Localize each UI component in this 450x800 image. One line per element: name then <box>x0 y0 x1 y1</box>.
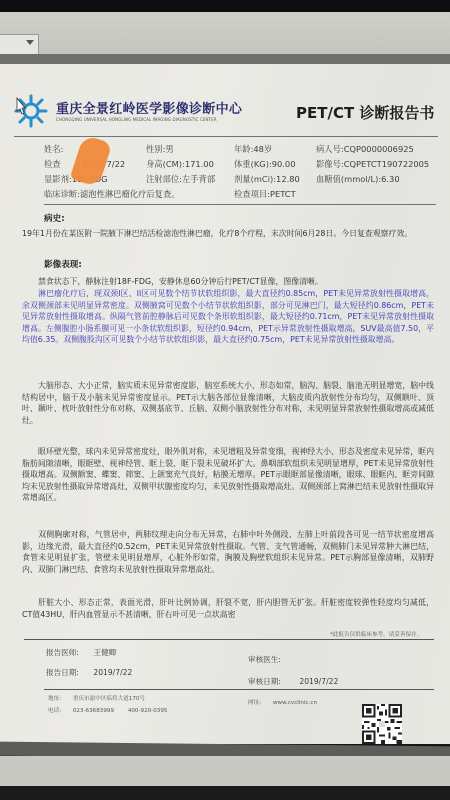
viewer-toolbar <box>0 12 450 54</box>
phone: 电话: 023-63683999 400-920-0395 <box>48 706 167 714</box>
findings-paragraph: 眼环壁光整，球内未见异常密度灶，眼外肌对称，未见增粗及异常变细，视神经大小、形态… <box>22 446 434 504</box>
findings-text-2: 大脑形态、大小正常，脑实质未见异常密度影，脑室系统大小、形态如常，脑沟、脑裂、脑… <box>22 381 434 425</box>
contact-divider <box>44 689 434 690</box>
patient-sex: 性别:男 <box>146 143 174 155</box>
qr-code-icon <box>362 704 402 744</box>
tracer-label: 显影剂: <box>44 174 72 184</box>
report-doctor-label: 报告医师: <box>46 648 79 657</box>
age-value: 48岁 <box>253 144 272 154</box>
exam-item: 检查项目:PETCT <box>234 188 296 200</box>
findings-paragraph: 双侧胸廓对称，气管居中，两肺纹理走向分布无异常，右肺中叶外侧段、左肺上叶前段各可… <box>22 529 434 575</box>
clinical-diagnosis: 临床诊断:滤泡性淋巴瘤化疗后复查。 <box>44 188 180 200</box>
findings-text-3: 眼环壁光整，球内未见异常密度灶，眼外肌对称，未见增粗及异常变细，视神经大小、形态… <box>22 447 434 502</box>
report-date-value: 2019/7/22 <box>93 668 132 677</box>
chevron-down-icon <box>26 40 34 45</box>
phone-value-1: 023-63683999 <box>73 708 114 714</box>
sex-value: 男 <box>165 144 173 154</box>
address-label: 地址: <box>48 696 61 702</box>
patient-id: 病人号:CQP0000006925 <box>316 143 414 155</box>
history-text: 19年1月份在某医附一院腋下淋巴结活检滤泡性淋巴瘤，化疗8个疗程，末次时间6月2… <box>22 228 434 240</box>
monitor-bezel-top <box>0 0 450 12</box>
review-doctor: 审核医生: <box>248 654 281 665</box>
dose: 剂量(mCi):12.80 <box>234 173 300 185</box>
report-doctor: 报告医师: 王健卿 <box>46 647 116 658</box>
findings-paragraph: 大脑形态、大小正常，脑实质未见异常密度影，脑室系统大小、形态如常，脑沟、脑裂、脑… <box>22 380 434 426</box>
blood-glucose: 血糖值(mmol/L):6.30 <box>316 173 400 185</box>
image-id-value: CQPETCT190722005 <box>344 159 430 169</box>
clinical-dx-value: 滤泡性淋巴瘤化疗后复查。 <box>80 189 180 199</box>
findings-text-5: 肝脏大小、形态正常，表面光滑，肝叶比例协调，肝裂不宽，肝内胆管无扩张。肝脏密度较… <box>22 598 434 619</box>
viewer-bottom-panel <box>0 756 450 786</box>
patient-age: 年龄:48岁 <box>234 143 272 155</box>
name-label: 姓名: <box>44 144 63 154</box>
height-value: 171.00 <box>185 159 214 169</box>
report-page: 重庆全景红岭医学影像诊断中心 CHONGQING UNIVERSAL HONGL… <box>0 64 450 744</box>
report-doctor-value: 王健卿 <box>93 648 116 657</box>
header-divider <box>14 136 438 137</box>
review-date-value: 2019/7/22 <box>299 677 338 686</box>
exam-date-label: 检查 <box>44 159 61 169</box>
findings-heading: 影像表现: <box>44 258 82 270</box>
dose-value: 12.80 <box>276 174 300 184</box>
review-date: 审核日期: 2019/7/22 <box>248 676 338 687</box>
patient-weight: 体重(KG):90.00 <box>234 158 296 170</box>
height-label: 身高(CM): <box>146 159 185 169</box>
org-name-cn: 重庆全景红岭医学影像诊断中心 <box>56 98 242 117</box>
clinical-dx-label: 临床诊断: <box>44 189 80 199</box>
report-title: PET/CT 诊断报告书 <box>296 102 434 123</box>
image-id-label: 影像号: <box>316 159 344 169</box>
review-doctor-label: 审核医生: <box>248 655 281 664</box>
address-value: 重庆市渝中区临将大道170号 <box>73 696 145 702</box>
website: 网址: www.cvclinic.cn <box>248 698 317 706</box>
patient-id-value: CQP0000006925 <box>344 144 414 154</box>
exam-item-label: 检查项目: <box>234 189 270 199</box>
history-heading: 病史: <box>44 212 65 224</box>
toolbar-dropdown[interactable] <box>0 34 39 56</box>
injection-site-value: 左手背部 <box>182 174 215 184</box>
glucose-label: 血糖值(mmol/L): <box>316 174 381 184</box>
patient-name: 姓名: <box>44 143 63 155</box>
age-label: 年龄: <box>234 144 253 154</box>
info-divider <box>44 204 436 205</box>
address: 地址: 重庆市渝中区临将大道170号 <box>48 694 145 702</box>
exam-item-value: PETCT <box>270 189 296 199</box>
report-date-label: 报告日期: <box>46 668 79 677</box>
patient-height: 身高(CM):171.00 <box>146 158 214 170</box>
toolbar-separator <box>0 54 450 64</box>
image-id: 影像号:CQPETCT190722005 <box>316 158 429 170</box>
dose-label: 剂量(mCi): <box>234 174 276 184</box>
weight-value: 90.00 <box>272 159 296 169</box>
report-date: 报告日期: 2019/7/22 <box>46 667 132 678</box>
findings-paragraph-highlight: 淋巴瘤化疗后，现双颈I区、II区可见数个结节状软组织影，最大直径约0.85cm，… <box>22 288 434 346</box>
findings-text-0: 禁食状态下，静脉注射18F-FDG，安静休息60分钟后行PET/CT显像，图像清… <box>38 277 323 286</box>
findings-paragraph: 禁食状态下，静脉注射18F-FDG，安静休息60分钟后行PET/CT显像，图像清… <box>22 276 434 288</box>
injection-site-label: 注射部位: <box>146 174 182 184</box>
findings-text-4: 双侧胸廓对称，气管居中，两肺纹理走向分布无异常，右肺中叶外侧段、左肺上叶前段各可… <box>22 530 434 574</box>
weight-label: 体重(KG): <box>234 159 272 169</box>
patient-id-label: 病人号: <box>316 144 344 154</box>
org-name-en: CHONGQING UNIVERSAL HONGLING MEDICAL IMA… <box>56 117 217 122</box>
injection-site: 注射部位:左手背部 <box>146 173 215 185</box>
snowflake-gear-logo-icon <box>14 94 48 128</box>
website-label: 网址: <box>248 700 261 706</box>
disclaimer: *此报告仅供临床参考，请妥善保存。 <box>330 630 422 638</box>
phone-label: 电话: <box>48 708 61 714</box>
glucose-value: 6.30 <box>381 174 399 184</box>
findings-text-1: 淋巴瘤化疗后，现双颈I区、II区可见数个结节状软组织影，最大直径约0.85cm，… <box>22 289 434 344</box>
footer-divider <box>24 639 434 640</box>
sex-label: 性别: <box>146 144 165 154</box>
findings-paragraph: 肝脏大小、形态正常，表面光滑，肝叶比例协调，肝裂不宽，肝内胆管无扩张。肝脏密度较… <box>22 597 434 620</box>
phone-value-2: 400-920-0395 <box>128 708 168 714</box>
review-date-label: 审核日期: <box>248 677 281 686</box>
monitor-bezel-bottom <box>0 786 450 800</box>
website-value: www.cvclinic.cn <box>273 700 317 706</box>
